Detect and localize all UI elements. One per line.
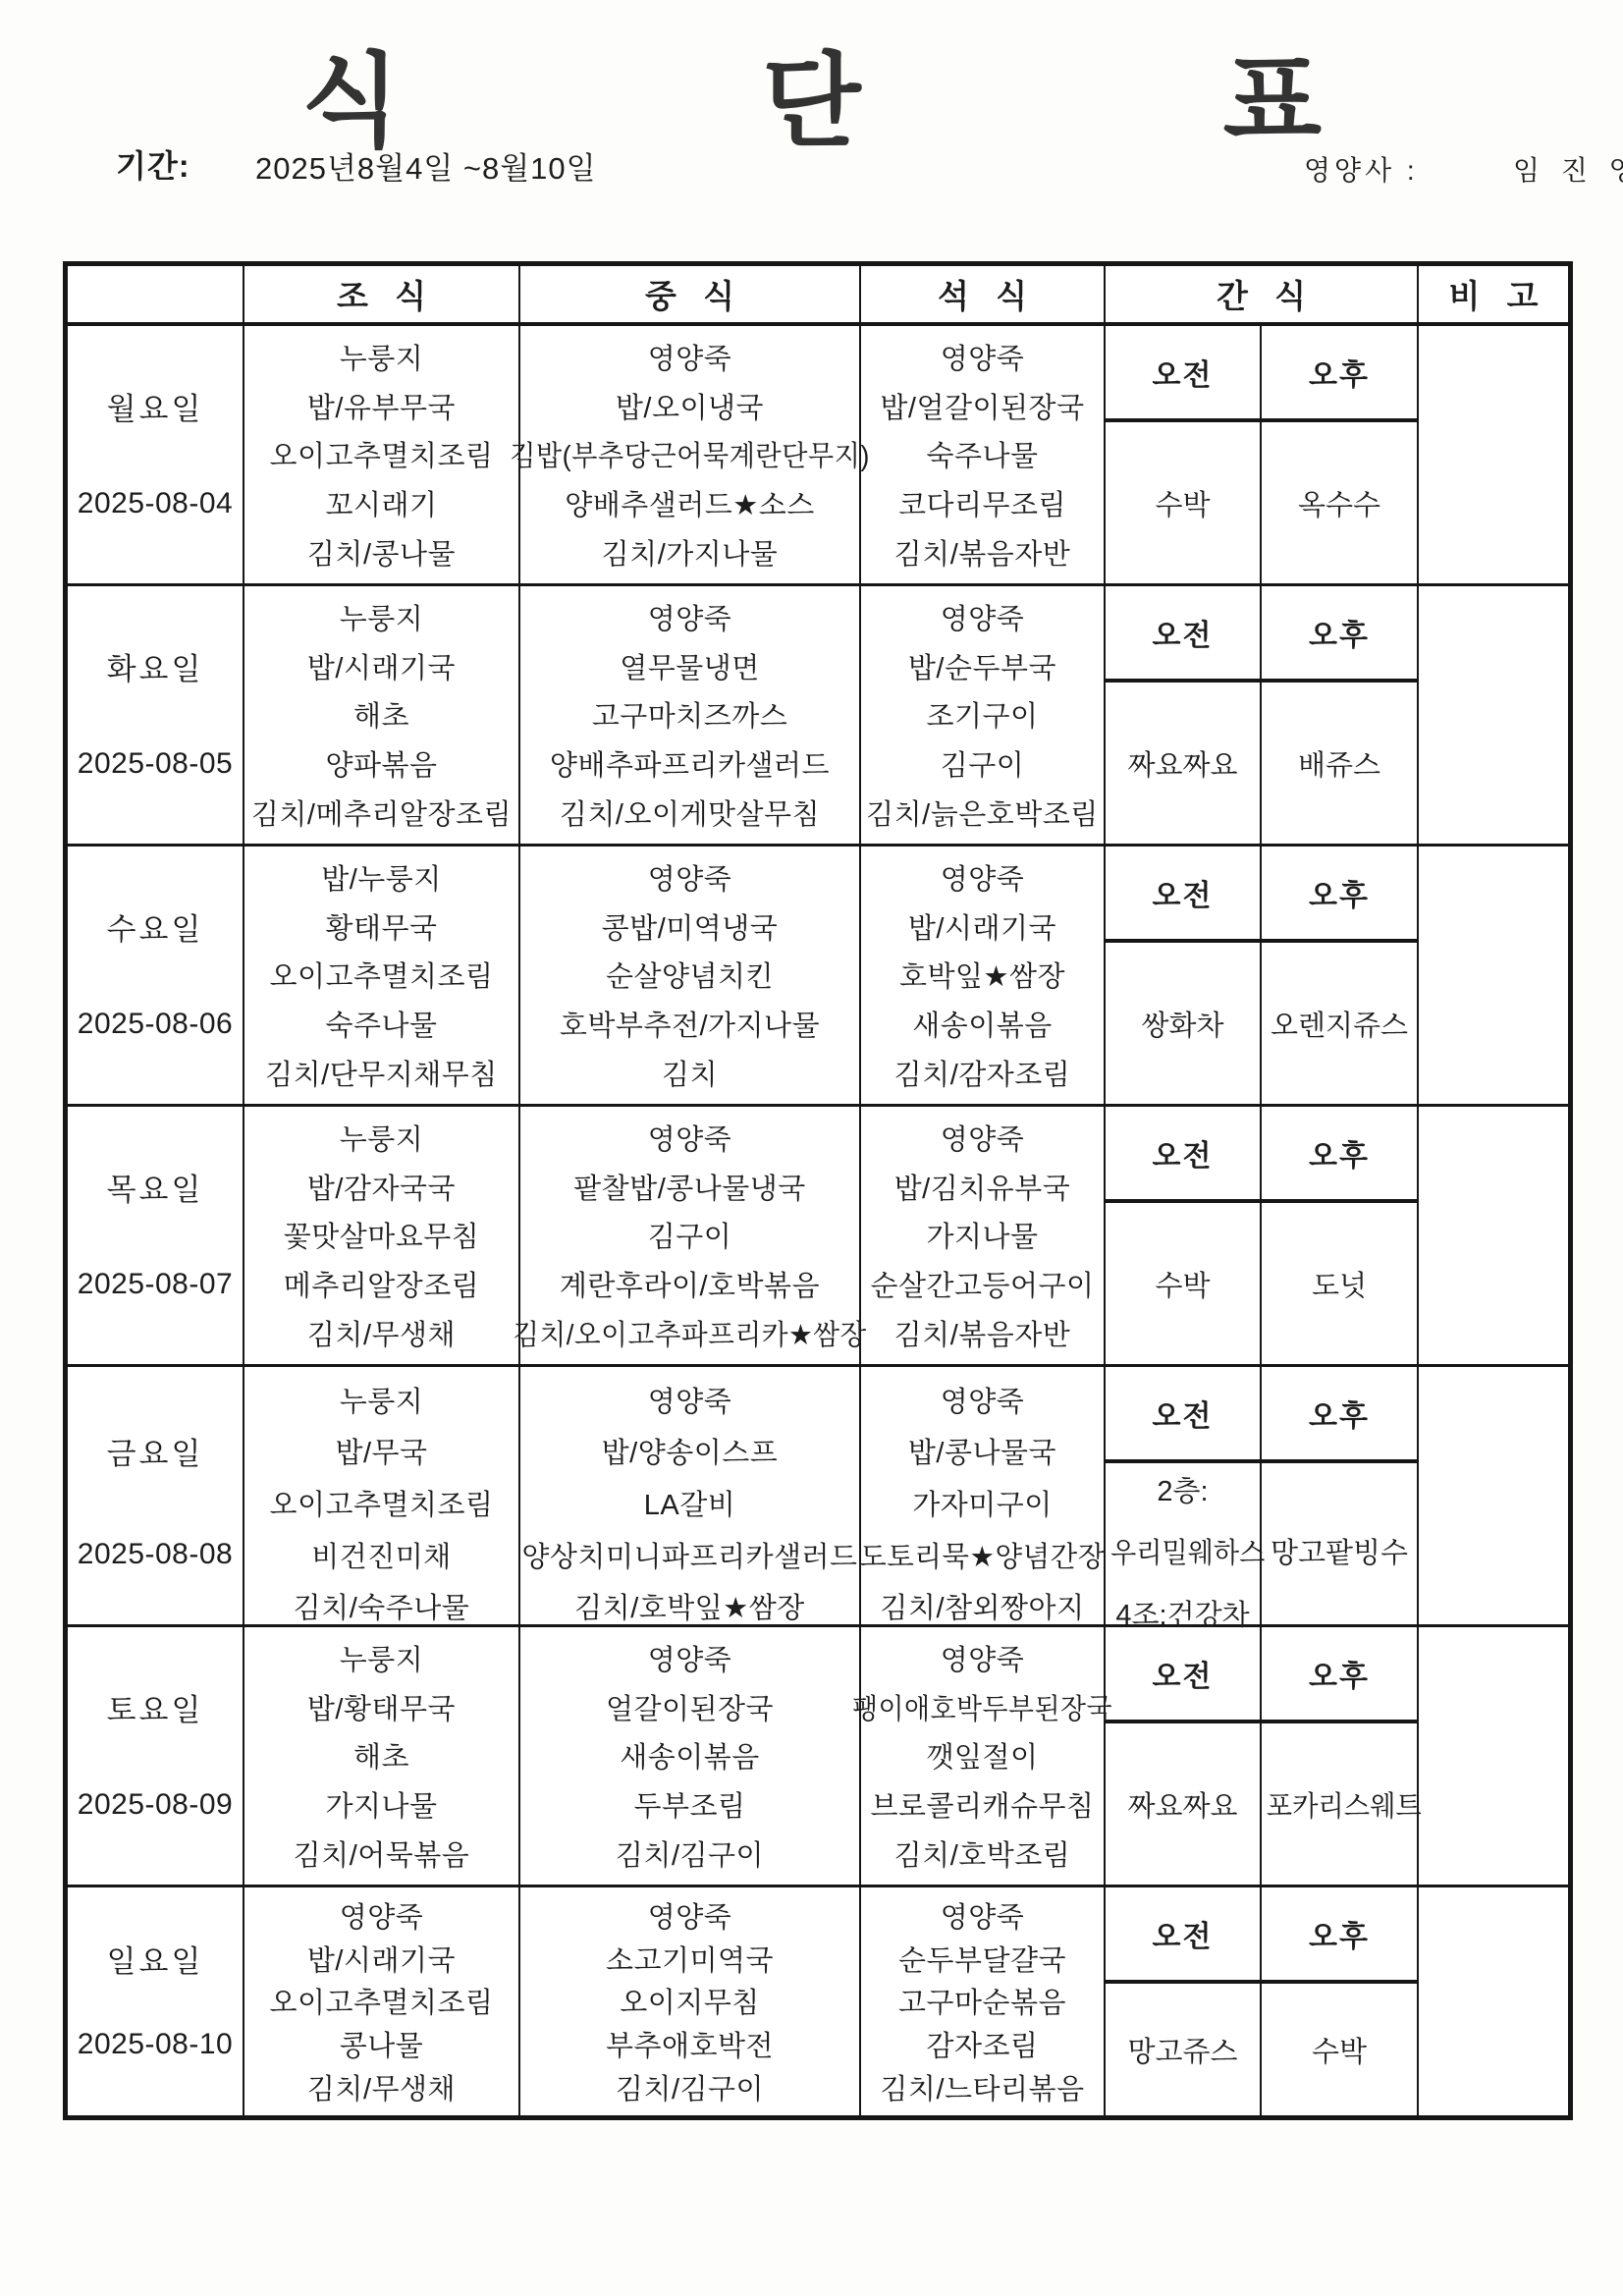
menu-item: 새송이볶음 (520, 1731, 859, 1780)
snack-item: 배쥬스 (1262, 743, 1417, 784)
day-row: 화요일 2025-08-05 누룽지 밥/시래기국 해초 양파볶음 김치/메추리… (68, 586, 1568, 847)
menu-item: 김치/호박조림 (861, 1829, 1104, 1878)
menu-item: 영양죽 (520, 1114, 859, 1163)
menu-item: 영양죽 (861, 593, 1104, 642)
snack-cell: 오전 오후 망고쥬스 수박 (1106, 1887, 1419, 2115)
dinner-cell: 영양죽 밥/콩나물국 가자미구이 도토리묵★양념간장 김치/참외짱아지 (861, 1367, 1106, 1639)
lunch-cell: 영양죽 소고기미역국 오이지무침 부추애호박전 김치/김구이 (520, 1887, 861, 2115)
menu-item: 밥/시래기국 (244, 1938, 518, 1981)
menu-item: 밥/오이냉국 (520, 382, 859, 431)
menu-item: 김치/어묵볶음 (244, 1829, 518, 1878)
menu-item: 호박잎★쌈장 (861, 951, 1104, 1000)
snack-item: 수박 (1262, 2030, 1417, 2070)
menu-item: 조기구이 (861, 690, 1104, 739)
menu-item: 김밥(부추당근어묵계란단무지) (531, 430, 849, 479)
menu-item: 오이지무침 (520, 1980, 859, 2023)
snack-afternoon-label: 오후 (1262, 1107, 1417, 1203)
header-dinner: 석 식 (861, 266, 1106, 322)
menu-item: 누룽지 (244, 1634, 518, 1683)
menu-item: 꼬시래기 (244, 479, 518, 528)
day-cell-spacer (68, 951, 243, 1000)
day-cell-spacer (68, 1374, 243, 1426)
day-cell-spacer (68, 1580, 243, 1632)
menu-item: 밥/누룽지 (244, 853, 518, 902)
day-cell-spacer (68, 1114, 243, 1163)
menu-item: 밥/무국 (244, 1426, 518, 1478)
day-date: 2025-08-04 (68, 479, 243, 528)
menu-item: 순살간고등어구이 (861, 1260, 1104, 1309)
nutritionist-name: 임 진 영 (1513, 149, 1623, 189)
day-cell-spacer (68, 1731, 243, 1780)
day-row: 금요일 2025-08-08 누룽지 밥/무국 오이고추멸치조림 비건진미채 김… (68, 1367, 1568, 1627)
snack-morning-value: 쌍화차 (1106, 943, 1262, 1104)
menu-item: 김치/콩나물 (244, 527, 518, 576)
menu-item: 김치/늙은호박조림 (861, 788, 1104, 837)
day-cell: 목요일 2025-08-07 (68, 1107, 244, 1364)
day-row: 목요일 2025-08-07 누룽지 밥/감자국국 꽃맛살마요무침 메추리알장조… (68, 1107, 1568, 1367)
menu-item: 코다리무조림 (861, 479, 1104, 528)
day-date: 2025-08-08 (68, 1529, 243, 1581)
snack-afternoon-value: 배쥬스 (1262, 683, 1417, 844)
breakfast-cell: 누룽지 밥/시래기국 해초 양파볶음 김치/메추리알장조림 (244, 586, 520, 844)
header-lunch: 중 식 (520, 266, 861, 322)
lunch-cell: 영양죽 밥/오이냉국 김밥(부추당근어묵계란단무지) 양배추샐러드★소스 김치/… (520, 326, 861, 583)
menu-item: 김치/참외짱아지 (861, 1580, 1104, 1632)
breakfast-cell: 누룽지 밥/감자국국 꽃맛살마요무침 메추리알장조림 김치/무생채 (244, 1107, 520, 1364)
breakfast-cell: 누룽지 밥/무국 오이고추멸치조림 비건진미채 김치/숙주나물 (244, 1367, 520, 1639)
menu-item: 김치/호박잎★쌈장 (520, 1580, 859, 1632)
menu-item: 두부조림 (520, 1780, 859, 1830)
menu-item: 밥/순두부국 (861, 642, 1104, 691)
day-row: 토요일 2025-08-09 누룽지 밥/황태무국 해초 가지나물 김치/어묵볶… (68, 1627, 1568, 1887)
menu-item: 깻잎절이 (861, 1731, 1104, 1780)
menu-item: 순살양념치킨 (520, 951, 859, 1000)
menu-item: 영양죽 (861, 1634, 1104, 1683)
snack-morning-value: 짜요짜요 (1106, 683, 1262, 844)
dinner-cell: 영양죽 밥/얼갈이된장국 숙주나물 코다리무조림 김치/볶음자반 (861, 326, 1106, 583)
day-row: 수요일 2025-08-06 밥/누룽지 황태무국 오이고추멸치조림 숙주나물 … (68, 847, 1568, 1107)
day-date: 2025-08-06 (68, 1000, 243, 1049)
menu-item: 김치/무생채 (244, 2065, 518, 2108)
snack-morning-value: 수박 (1106, 422, 1262, 583)
snack-item: 짜요짜요 (1106, 1784, 1260, 1825)
day-name: 목요일 (68, 1163, 243, 1212)
menu-item: 가지나물 (861, 1211, 1104, 1260)
breakfast-cell: 밥/누룽지 황태무국 오이고추멸치조림 숙주나물 김치/단무지채무침 (244, 847, 520, 1104)
day-cell-spacer (68, 690, 243, 739)
day-date: 2025-08-09 (68, 1780, 243, 1830)
menu-item: 도토리묵★양념간장 (863, 1529, 1102, 1581)
menu-item: 고구마순볶음 (861, 1980, 1104, 2023)
day-cell-spacer (68, 1634, 243, 1683)
menu-item: 오이고추멸치조림 (244, 1980, 518, 2023)
day-cell-spacer (68, 1980, 243, 2023)
menu-item: 누룽지 (244, 593, 518, 642)
day-cell-spacer (68, 333, 243, 382)
menu-item: 양배추샐러드★소스 (520, 479, 859, 528)
snack-cell: 오전 오후 쌍화차 오렌지쥬스 (1106, 847, 1419, 1104)
snack-item: 오렌지쥬스 (1262, 1004, 1417, 1044)
lunch-cell: 영양죽 콩밥/미역냉국 순살양념치킨 호박부추전/가지나물 김치 (520, 847, 861, 1104)
day-name: 수요일 (68, 902, 243, 952)
menu-item: 김치/숙주나물 (244, 1580, 518, 1632)
day-cell-spacer (68, 593, 243, 642)
day-cell-spacer (68, 527, 243, 576)
menu-item: 가지나물 (244, 1780, 518, 1830)
nutritionist-label: 영양사 : (1304, 149, 1419, 189)
snack-item: 쌍화차 (1106, 1004, 1260, 1044)
menu-item: 영양죽 (861, 853, 1104, 902)
menu-item: 새송이볶음 (861, 1000, 1104, 1049)
menu-item: 밥/얼갈이된장국 (861, 382, 1104, 431)
snack-afternoon-label: 오후 (1262, 1367, 1417, 1463)
menu-item: 밥/감자국국 (244, 1163, 518, 1212)
breakfast-cell: 영양죽 밥/시래기국 오이고추멸치조림 콩나물 김치/무생채 (244, 1887, 520, 2115)
menu-item: 콩나물 (244, 2023, 518, 2066)
menu-item: 해초 (244, 1731, 518, 1780)
menu-item: 김치/감자조림 (861, 1048, 1104, 1097)
snack-afternoon-label: 오후 (1262, 847, 1417, 943)
menu-item: 김치/오이게맛살무침 (520, 788, 859, 837)
day-name: 금요일 (68, 1426, 243, 1478)
menu-item: 콩밥/미역냉국 (520, 902, 859, 952)
menu-item: 밥/시래기국 (861, 902, 1104, 952)
menu-item: 영양죽 (520, 1634, 859, 1683)
menu-item: 김치/오이고추파프리카★쌈장 (528, 1308, 852, 1357)
note-cell (1419, 1887, 1568, 2115)
menu-item: 영양죽 (520, 593, 859, 642)
header-note: 비 고 (1419, 266, 1568, 322)
menu-item: 양배추파프리카샐러드 (520, 739, 859, 789)
menu-item: 계란후라이/호박볶음 (520, 1260, 859, 1309)
menu-item: 순두부달걀국 (861, 1938, 1104, 1981)
snack-item: 수박 (1106, 483, 1260, 523)
menu-item: 고구마치즈까스 (520, 690, 859, 739)
menu-item: 영양죽 (861, 1114, 1104, 1163)
menu-item: 비건진미채 (244, 1529, 518, 1581)
menu-item: 김치/김구이 (520, 1829, 859, 1878)
day-cell: 금요일 2025-08-08 (68, 1367, 244, 1639)
menu-item: 영양죽 (244, 1894, 518, 1938)
day-cell-spacer (68, 2065, 243, 2108)
dinner-cell: 영양죽 순두부달걀국 고구마순볶음 감자조림 김치/느타리볶음 (861, 1887, 1106, 2115)
day-name: 화요일 (68, 642, 243, 691)
note-cell (1419, 1367, 1568, 1639)
snack-morning-label: 오전 (1106, 1107, 1262, 1203)
day-cell-spacer (68, 1829, 243, 1878)
snack-morning-value: 짜요짜요 (1106, 1723, 1262, 1885)
day-cell-spacer (68, 1894, 243, 1938)
snack-item: 옥수수 (1262, 483, 1417, 523)
snack-item: 망고팥빙수 (1262, 1531, 1417, 1571)
day-cell: 일요일 2025-08-10 (68, 1887, 244, 2115)
menu-item: 브로콜리캐슈무침 (861, 1780, 1104, 1830)
header-snack: 간 식 (1106, 266, 1419, 322)
day-cell-spacer (68, 1477, 243, 1529)
menu-item: 영양죽 (861, 333, 1104, 382)
day-date: 2025-08-05 (68, 739, 243, 789)
snack-cell: 오전 오후 수박 옥수수 (1106, 326, 1419, 583)
day-row: 월요일 2025-08-04 누룽지 밥/유부무국 오이고추멸치조림 꼬시래기 … (68, 326, 1568, 586)
menu-item: 밥/황태무국 (244, 1683, 518, 1732)
menu-item: 열무물냉면 (520, 642, 859, 691)
menu-item: 오이고추멸치조림 (244, 430, 518, 479)
dinner-cell: 영양죽 팽이애호박두부된장국 깻잎절이 브로콜리캐슈무침 김치/호박조림 (861, 1627, 1106, 1885)
snack-afternoon-value: 망고팥빙수 (1262, 1463, 1417, 1639)
menu-item: 얼갈이된장국 (520, 1683, 859, 1732)
snack-morning-label: 오전 (1106, 1887, 1262, 1984)
menu-item: 김구이 (861, 739, 1104, 789)
day-cell-spacer (68, 788, 243, 837)
menu-item: 누룽지 (244, 333, 518, 382)
menu-item: 양상치미니파프리카샐러드 (520, 1529, 859, 1581)
day-cell-spacer (68, 1048, 243, 1097)
note-cell (1419, 847, 1568, 1104)
table-header-row: 조 식 중 식 석 식 간 식 비 고 (68, 266, 1568, 326)
menu-item: 영양죽 (861, 1374, 1104, 1426)
header-day (68, 266, 244, 322)
snack-morning-label: 오전 (1106, 326, 1262, 422)
day-cell-spacer (68, 853, 243, 902)
snack-cell: 오전 오후 짜요짜요 포카리스웨트 (1106, 1627, 1419, 1885)
snack-item: 우리밀웨하스 (1110, 1531, 1255, 1571)
menu-item: 김치/무생채 (244, 1308, 518, 1357)
note-cell (1419, 1627, 1568, 1885)
day-name: 토요일 (68, 1683, 243, 1732)
menu-item: 호박부추전/가지나물 (520, 1000, 859, 1049)
snack-afternoon-label: 오후 (1262, 586, 1417, 683)
note-cell (1419, 1107, 1568, 1364)
menu-item: 팽이애호박두부된장국 (870, 1683, 1095, 1732)
period-value: 2025년8월4일 ~8월10일 (255, 143, 597, 188)
lunch-cell: 영양죽 얼갈이된장국 새송이볶음 두부조림 김치/김구이 (520, 1627, 861, 1885)
menu-item: 밥/김치유부국 (861, 1163, 1104, 1212)
day-date: 2025-08-10 (68, 2023, 243, 2066)
menu-item: 밥/콩나물국 (861, 1426, 1104, 1478)
snack-morning-label: 오전 (1106, 586, 1262, 683)
snack-item: 2층: (1106, 1469, 1260, 1509)
snack-cell: 오전 오후 2층: 우리밀웨하스 4조:건강차 망고팥빙수 (1106, 1367, 1419, 1639)
menu-item: 영양죽 (861, 1894, 1104, 1938)
day-date: 2025-08-07 (68, 1260, 243, 1309)
menu-item: 영양죽 (520, 333, 859, 382)
menu-item: 꽃맛살마요무침 (244, 1211, 518, 1260)
menu-item: 영양죽 (520, 1374, 859, 1426)
snack-item: 짜요짜요 (1106, 743, 1260, 784)
menu-item: 김치/단무지채무침 (244, 1048, 518, 1097)
day-cell: 화요일 2025-08-05 (68, 586, 244, 844)
menu-item: 누룽지 (244, 1114, 518, 1163)
dinner-cell: 영양죽 밥/김치유부국 가지나물 순살간고등어구이 김치/볶음자반 (861, 1107, 1106, 1364)
header-breakfast: 조 식 (244, 266, 520, 322)
snack-afternoon-label: 오후 (1262, 326, 1417, 422)
dinner-cell: 영양죽 밥/시래기국 호박잎★쌈장 새송이볶음 김치/감자조림 (861, 847, 1106, 1104)
snack-morning-label: 오전 (1106, 847, 1262, 943)
day-cell-spacer (68, 430, 243, 479)
menu-item: 숙주나물 (861, 430, 1104, 479)
snack-afternoon-value: 오렌지쥬스 (1262, 943, 1417, 1104)
period-label: 기간: (116, 141, 189, 187)
menu-item: LA갈비 (520, 1477, 859, 1529)
snack-item: 도넛 (1262, 1264, 1417, 1304)
snack-morning-label: 오전 (1106, 1367, 1262, 1463)
snack-cell: 오전 오후 짜요짜요 배쥬스 (1106, 586, 1419, 844)
snack-item: 수박 (1106, 1264, 1260, 1304)
menu-item: 가자미구이 (861, 1477, 1104, 1529)
day-cell: 월요일 2025-08-04 (68, 326, 244, 583)
snack-morning-value: 망고쥬스 (1106, 1984, 1262, 2115)
menu-item: 김치/느타리볶음 (861, 2065, 1104, 2108)
snack-afternoon-label: 오후 (1262, 1887, 1417, 1984)
day-cell: 수요일 2025-08-06 (68, 847, 244, 1104)
snack-morning-value: 수박 (1106, 1203, 1262, 1364)
snack-item: 망고쥬스 (1106, 2030, 1260, 2070)
menu-item: 김치/메추리알장조림 (244, 788, 518, 837)
lunch-cell: 영양죽 밥/양송이스프 LA갈비 양상치미니파프리카샐러드 김치/호박잎★쌈장 (520, 1367, 861, 1639)
snack-morning-value: 2층: 우리밀웨하스 4조:건강차 (1106, 1463, 1262, 1639)
snack-afternoon-value: 수박 (1262, 1984, 1417, 2115)
snack-cell: 오전 오후 수박 도넛 (1106, 1107, 1419, 1364)
day-name: 월요일 (68, 382, 243, 431)
menu-item: 김치/김구이 (520, 2065, 859, 2108)
menu-item: 김치/볶음자반 (861, 527, 1104, 576)
breakfast-cell: 누룽지 밥/황태무국 해초 가지나물 김치/어묵볶음 (244, 1627, 520, 1885)
menu-item: 누룽지 (244, 1374, 518, 1426)
menu-item: 숙주나물 (244, 1000, 518, 1049)
day-cell-spacer (68, 1308, 243, 1357)
snack-afternoon-value: 도넛 (1262, 1203, 1417, 1364)
menu-item: 밥/양송이스프 (520, 1426, 859, 1478)
menu-item: 양파볶음 (244, 739, 518, 789)
menu-item: 오이고추멸치조림 (244, 1477, 518, 1529)
day-cell: 토요일 2025-08-09 (68, 1627, 244, 1885)
menu-item: 소고기미역국 (520, 1938, 859, 1981)
menu-item: 밥/시래기국 (244, 642, 518, 691)
snack-afternoon-value: 옥수수 (1262, 422, 1417, 583)
menu-item: 밥/유부무국 (244, 382, 518, 431)
menu-item: 영양죽 (520, 853, 859, 902)
menu-item: 부추애호박전 (520, 2023, 859, 2066)
menu-item: 황태무국 (244, 902, 518, 952)
menu-item: 김치 (520, 1048, 859, 1097)
note-cell (1419, 326, 1568, 583)
snack-item: 포카리스웨트 (1267, 1784, 1413, 1825)
menu-table: 조 식 중 식 석 식 간 식 비 고 월요일 2025-08-04 누룽지 밥… (63, 261, 1573, 2120)
day-cell-spacer (68, 1211, 243, 1260)
day-name: 일요일 (68, 1938, 243, 1981)
menu-item: 김구이 (520, 1211, 859, 1260)
menu-item: 메추리알장조림 (244, 1260, 518, 1309)
menu-item: 영양죽 (520, 1894, 859, 1938)
snack-afternoon-label: 오후 (1262, 1627, 1417, 1723)
menu-item: 김치/가지나물 (520, 527, 859, 576)
menu-item: 팥찰밥/콩나물냉국 (520, 1163, 859, 1212)
table-body: 월요일 2025-08-04 누룽지 밥/유부무국 오이고추멸치조림 꼬시래기 … (68, 326, 1568, 2115)
menu-item: 해초 (244, 690, 518, 739)
menu-item: 오이고추멸치조림 (244, 951, 518, 1000)
menu-item: 김치/볶음자반 (861, 1308, 1104, 1357)
day-row: 일요일 2025-08-10 영양죽 밥/시래기국 오이고추멸치조림 콩나물 김… (68, 1887, 1568, 2115)
note-cell (1419, 586, 1568, 844)
snack-morning-label: 오전 (1106, 1627, 1262, 1723)
lunch-cell: 영양죽 팥찰밥/콩나물냉국 김구이 계란후라이/호박볶음 김치/오이고추파프리카… (520, 1107, 861, 1364)
snack-afternoon-value: 포카리스웨트 (1262, 1723, 1417, 1885)
breakfast-cell: 누룽지 밥/유부무국 오이고추멸치조림 꼬시래기 김치/콩나물 (244, 326, 520, 583)
lunch-cell: 영양죽 열무물냉면 고구마치즈까스 양배추파프리카샐러드 김치/오이게맛살무침 (520, 586, 861, 844)
dinner-cell: 영양죽 밥/순두부국 조기구이 김구이 김치/늙은호박조림 (861, 586, 1106, 844)
menu-item: 감자조림 (861, 2023, 1104, 2066)
